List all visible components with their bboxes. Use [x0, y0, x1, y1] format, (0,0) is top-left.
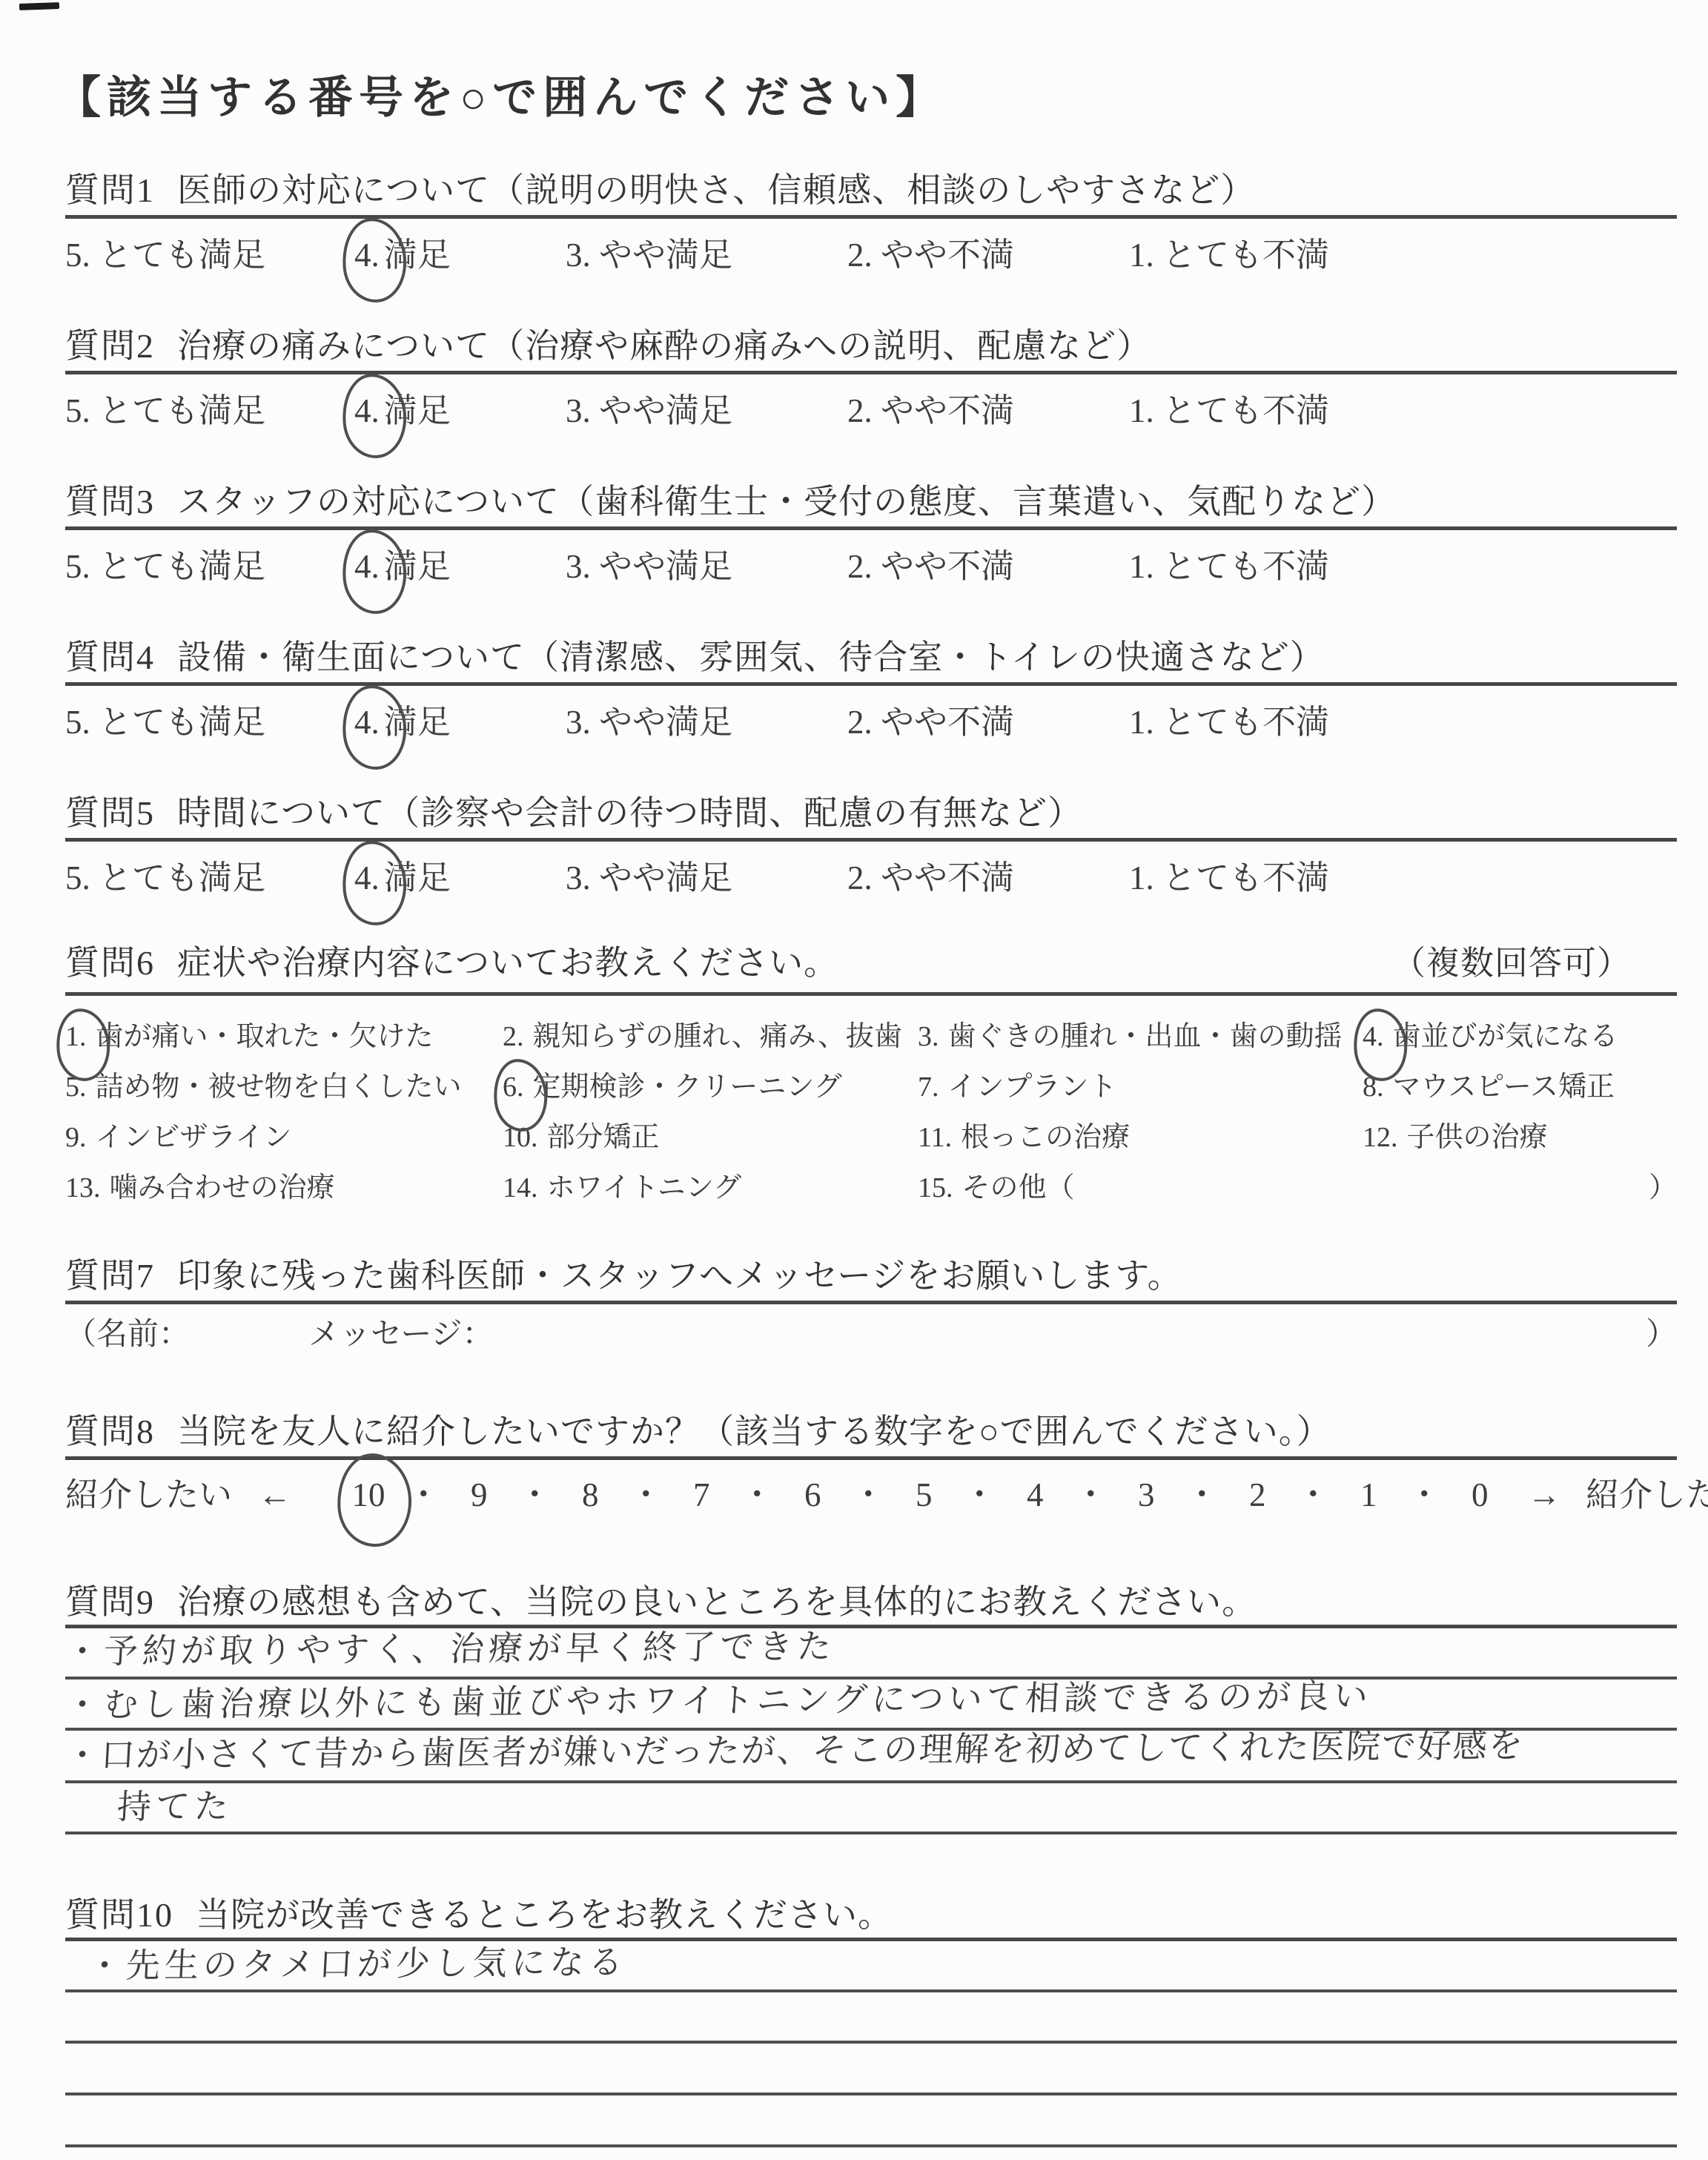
q6-option-10: 10.部分矯正 [503, 1114, 918, 1155]
q8-label: 質問8 [65, 1413, 155, 1450]
q6-option-number: 5. [65, 1071, 87, 1103]
handwritten-circle-mark: 1. [65, 1020, 87, 1053]
q5-label: 質問5 [65, 794, 155, 832]
q6-option-15-close-paren: ） [1363, 1164, 1677, 1205]
q6-option-number: 11. [918, 1121, 952, 1154]
q5-option-2: 2. やや不満 [847, 856, 1129, 900]
q6-option-number: 13. [65, 1172, 101, 1204]
q8-left-label: 紹介したい [65, 1476, 232, 1513]
q5-option-4-number: 4. [354, 859, 380, 896]
q5-option-3: 3. やや満足 [566, 856, 847, 900]
q4-label: 質問4 [65, 638, 155, 676]
q6-option-text: 歯ぐきの腫れ・出血・歯の動揺 [948, 1021, 1343, 1052]
q2-header: 質問2治療の痛みについて（治療や麻酔の痛みへの説明、配慮など） [65, 323, 1677, 369]
right-arrow-icon: → [1528, 1476, 1561, 1513]
q2-title: 治療の痛みについて（治療や麻酔の痛みへの説明、配慮など） [177, 327, 1151, 365]
q1-option-4-label: 満足 [384, 237, 451, 274]
q4-option-3: 3. やや満足 [566, 700, 847, 744]
q6-option-text: 歯が痛い・取れた・欠けた [96, 1021, 434, 1052]
q6-option-text: 噛み合わせの治療 [110, 1172, 335, 1203]
q6-option-number: 4. [1363, 1021, 1384, 1052]
q6-option-8: 8.マウスピース矯正 [1363, 1063, 1677, 1104]
q7-message-label: メッセージ： [308, 1314, 493, 1355]
q6-option-number: 9. [65, 1121, 87, 1154]
q6-option-text: 定期検診・クリーニング [533, 1071, 842, 1103]
q2-rating-row: 5. とても満足 4.満足 3. やや満足 2. やや不満 1. とても不満 [65, 389, 1677, 433]
q8-score-10-selected: 10 [352, 1476, 385, 1513]
q7-header: 質問7印象に残った歯科医師・スタッフへメッセージをお願いします。 [65, 1253, 1677, 1299]
q6-option-number: 12. [1363, 1121, 1398, 1154]
q2-option-4-label: 満足 [384, 392, 451, 429]
q1-option-4-selected: 4.満足 [354, 233, 566, 277]
handwritten-circle-mark: 4. [1363, 1020, 1384, 1053]
q4-option-4-selected: 4.満足 [354, 700, 566, 744]
q3-label: 質問3 [65, 483, 155, 521]
q6-option-text: ホワイトニング [547, 1172, 742, 1203]
q7-name-label: （名前： [65, 1314, 190, 1355]
q6-option-7: 7.インプラント [918, 1063, 1363, 1104]
q6-label: 質問6 [65, 944, 155, 982]
q10-title: 当院が改善できるところをお教えください。 [196, 1896, 893, 1934]
q3-option-1: 1. とても不満 [1129, 544, 1677, 589]
q7-title: 印象に残った歯科医師・スタッフへメッセージをお願いします。 [177, 1257, 1182, 1295]
q1-rating-row: 5. とても満足 4.満足 3. やや満足 2. やや不満 1. とても不満 [65, 233, 1677, 277]
q6-option-15: 15.その他（ [918, 1164, 1363, 1205]
q3-option-4-number: 4. [354, 548, 380, 585]
ruled-line [65, 2093, 1677, 2095]
q6-option-number: 6. [503, 1071, 524, 1103]
handwritten-circle-mark: 4. [354, 544, 380, 589]
page-title: 【該当する番号を○で囲んでください】 [56, 62, 1687, 126]
ruled-line [65, 1301, 1677, 1304]
ruled-line [65, 371, 1677, 374]
q2-option-1: 1. とても不満 [1129, 389, 1677, 433]
q8-header: 質問8当院を友人に紹介したいですか？（該当する数字を○で囲んでください。） [65, 1409, 1677, 1455]
q6-option-text: 子供の治療 [1407, 1122, 1548, 1153]
left-arrow-icon: ← [258, 1476, 291, 1513]
ruled-line [65, 2144, 1677, 2147]
q6-option-number: 7. [918, 1071, 939, 1103]
q5-header: 質問5時間について（診察や会計の待つ時間、配慮の有無など） [65, 790, 1677, 836]
q1-label: 質問1 [65, 171, 155, 209]
q1-option-3: 3. やや満足 [566, 233, 847, 277]
q3-option-4-label: 満足 [384, 548, 451, 585]
q6-option-4-selected: 4.歯並びが気になる [1363, 1013, 1677, 1054]
q6-option-text: ） [1649, 1172, 1677, 1203]
ruled-line [65, 838, 1677, 842]
q5-option-1: 1. とても不満 [1129, 856, 1677, 900]
ruled-line [65, 682, 1677, 686]
q9-header: 質問9治療の感想も含めて、当院の良いところを具体的にお教えください。 [65, 1579, 1677, 1625]
q10-label: 質問10 [65, 1896, 173, 1934]
q6-option-6-selected: 6.定期検診・クリーニング [503, 1063, 918, 1104]
q7-blank-space [494, 1314, 1646, 1355]
q1-title: 医師の対応について（説明の明快さ、信頼感、相談のしやすさなど） [177, 171, 1255, 209]
q8-scale-numbers: ・ 9 ・ 8 ・ 7 ・ 6 ・ 5 ・ 4 ・ 3 ・ 2 ・ 1 ・ 0 [407, 1476, 1492, 1513]
q7-answer-row: （名前： メッセージ： ） [65, 1314, 1677, 1355]
q3-option-3: 3. やや満足 [566, 544, 847, 589]
q3-option-2: 2. やや不満 [847, 544, 1129, 589]
q4-option-4-number: 4. [354, 704, 380, 741]
handwritten-circle-mark: 4. [354, 856, 380, 900]
q1-option-5: 5. とても満足 [65, 233, 354, 277]
q3-header: 質問3スタッフの対応について（歯科衛生士・受付の態度、言葉遣い、気配りなど） [65, 479, 1677, 525]
q10-handwritten-answer-1: ・先生のタメ口が少し気になる [64, 1935, 1700, 1987]
q9-handwritten-answer-4: 持てた [64, 1775, 1708, 1829]
q5-option-5: 5. とても満足 [65, 856, 354, 900]
q1-header: 質問1医師の対応について（説明の明快さ、信頼感、相談のしやすさなど） [65, 168, 1677, 214]
q6-multiple-answers-note: （複数回答可） [1392, 940, 1631, 986]
q6-option-text: 親知らずの腫れ、痛み、抜歯 [533, 1021, 903, 1052]
q5-option-4-label: 満足 [384, 859, 451, 896]
q4-title: 設備・衛生面について（清潔感、雰囲気、待合室・トイレの快適さなど） [177, 638, 1325, 676]
handwritten-circle-mark: 4. [354, 233, 380, 277]
q8-right-label: 紹介したくない [1586, 1476, 1708, 1513]
q6-option-11: 11.根っこの治療 [918, 1114, 1363, 1155]
q6-option-number: 14. [503, 1172, 538, 1204]
q6-option-9: 9.インビザライン [65, 1114, 503, 1155]
ruled-line [65, 526, 1677, 530]
q2-option-4-selected: 4.満足 [354, 389, 566, 433]
q1-option-4-number: 4. [354, 237, 380, 274]
ruled-line [65, 215, 1677, 219]
q6-option-number: 3. [918, 1020, 939, 1053]
q6-option-text: マウスピース矯正 [1393, 1071, 1615, 1103]
q4-header: 質問4設備・衛生面について（清潔感、雰囲気、待合室・トイレの快適さなど） [65, 635, 1677, 681]
q2-option-4-number: 4. [354, 392, 380, 429]
q6-option-2: 2.親知らずの腫れ、痛み、抜歯 [503, 1013, 918, 1054]
q3-rating-row: 5. とても満足 4.満足 3. やや満足 2. やや不満 1. とても不満 [65, 544, 1677, 589]
q6-option-number: 1. [65, 1021, 87, 1052]
handwritten-circle-mark: 4. [354, 389, 380, 433]
q6-option-5: 5.詰め物・被せ物を白くしたい [65, 1063, 503, 1104]
q6-option-number: 15. [918, 1172, 953, 1204]
q6-options-grid: 1.歯が痛い・取れた・欠けた 2.親知らずの腫れ、痛み、抜歯 3.歯ぐきの腫れ・… [65, 1013, 1677, 1215]
q6-option-text: 根っこの治療 [961, 1122, 1130, 1153]
q6-option-12: 12.子供の治療 [1363, 1114, 1677, 1155]
q3-option-4-selected: 4.満足 [354, 544, 566, 589]
q5-rating-row: 5. とても満足 4.満足 3. やや満足 2. やや不満 1. とても不満 [65, 856, 1677, 900]
q2-label: 質問2 [65, 327, 155, 365]
q7-close-paren: ） [1646, 1314, 1677, 1355]
q1-option-2: 2. やや不満 [847, 233, 1129, 277]
q6-option-number: 10. [503, 1121, 538, 1154]
ruled-line [65, 1989, 1677, 1992]
scan-corner-mark [19, 2, 59, 10]
handwritten-circle-mark: 6. [503, 1071, 524, 1103]
q6-option-text: 部分矯正 [547, 1122, 660, 1153]
q6-title: 症状や治療内容についてお教えください。 [177, 944, 838, 982]
q6-option-text: その他（ [962, 1172, 1075, 1203]
handwritten-circle-mark: 4. [354, 700, 380, 744]
q4-option-4-label: 満足 [384, 704, 451, 741]
q10-header: 質問10当院が改善できるところをお教えください。 [65, 1892, 1677, 1938]
ruled-line [65, 2041, 1677, 2044]
q6-option-number: 2. [503, 1020, 524, 1053]
q6-option-number: 8. [1363, 1071, 1384, 1103]
q6-option-text: インビザライン [96, 1122, 292, 1153]
q5-title: 時間について（診察や会計の待つ時間、配慮の有無など） [177, 794, 1082, 832]
handwritten-circle-mark: 10 [352, 1473, 385, 1517]
q3-option-5: 5. とても満足 [65, 544, 354, 589]
q3-title: スタッフの対応について（歯科衛生士・受付の態度、言葉遣い、気配りなど） [177, 483, 1396, 521]
q2-option-5: 5. とても満足 [65, 389, 354, 433]
q9-title: 治療の感想も含めて、当院の良いところを具体的にお教えください。 [177, 1583, 1257, 1621]
q6-option-text: 詰め物・被せ物を白くしたい [96, 1071, 462, 1103]
ruled-line [65, 1456, 1677, 1460]
q8-scale-row: 紹介したい ← 10 ・ 9 ・ 8 ・ 7 ・ 6 ・ 5 ・ 4 ・ 3 ・… [65, 1473, 1677, 1517]
q6-option-text: インプラント [948, 1071, 1117, 1103]
q9-handwritten-answer-2: ・むし歯治療以外にも歯並びやホワイトニングについて相談できるのが良い [64, 1674, 1678, 1726]
q4-option-1: 1. とても不満 [1129, 700, 1677, 744]
q8-title: 当院を友人に紹介したいですか？（該当する数字を○で囲んでください。） [177, 1413, 1331, 1450]
survey-form-page: 【該当する番号を○で囲んでください】 質問1医師の対応について（説明の明快さ、信… [0, 0, 1708, 2160]
q9-label: 質問9 [65, 1583, 155, 1621]
q6-option-text: 歯並びが気になる [1393, 1021, 1618, 1052]
q1-option-1: 1. とても不満 [1129, 233, 1677, 277]
q4-option-5: 5. とても満足 [65, 700, 354, 744]
q2-option-3: 3. やや満足 [566, 389, 847, 433]
ruled-line [65, 992, 1677, 996]
q6-option-1-selected: 1.歯が痛い・取れた・欠けた [65, 1013, 503, 1054]
ruled-line [65, 1832, 1677, 1834]
q7-label: 質問7 [65, 1257, 155, 1295]
q2-option-2: 2. やや不満 [847, 389, 1129, 433]
q4-option-2: 2. やや不満 [847, 700, 1129, 744]
q6-option-14: 14.ホワイトニング [503, 1164, 918, 1205]
q6-header: 質問6症状や治療内容についてお教えください。 （複数回答可） [65, 940, 1677, 986]
q5-option-4-selected: 4.満足 [354, 856, 566, 900]
q4-rating-row: 5. とても満足 4.満足 3. やや満足 2. やや不満 1. とても不満 [65, 700, 1677, 744]
q6-option-13: 13.噛み合わせの治療 [65, 1164, 503, 1205]
q9-handwritten-answer-3: ・口が小さくて昔から歯医者が嫌いだったが、そこの理解を初めてしてくれた医院で好感… [64, 1724, 1678, 1777]
q6-option-3: 3.歯ぐきの腫れ・出血・歯の動揺 [918, 1013, 1363, 1054]
